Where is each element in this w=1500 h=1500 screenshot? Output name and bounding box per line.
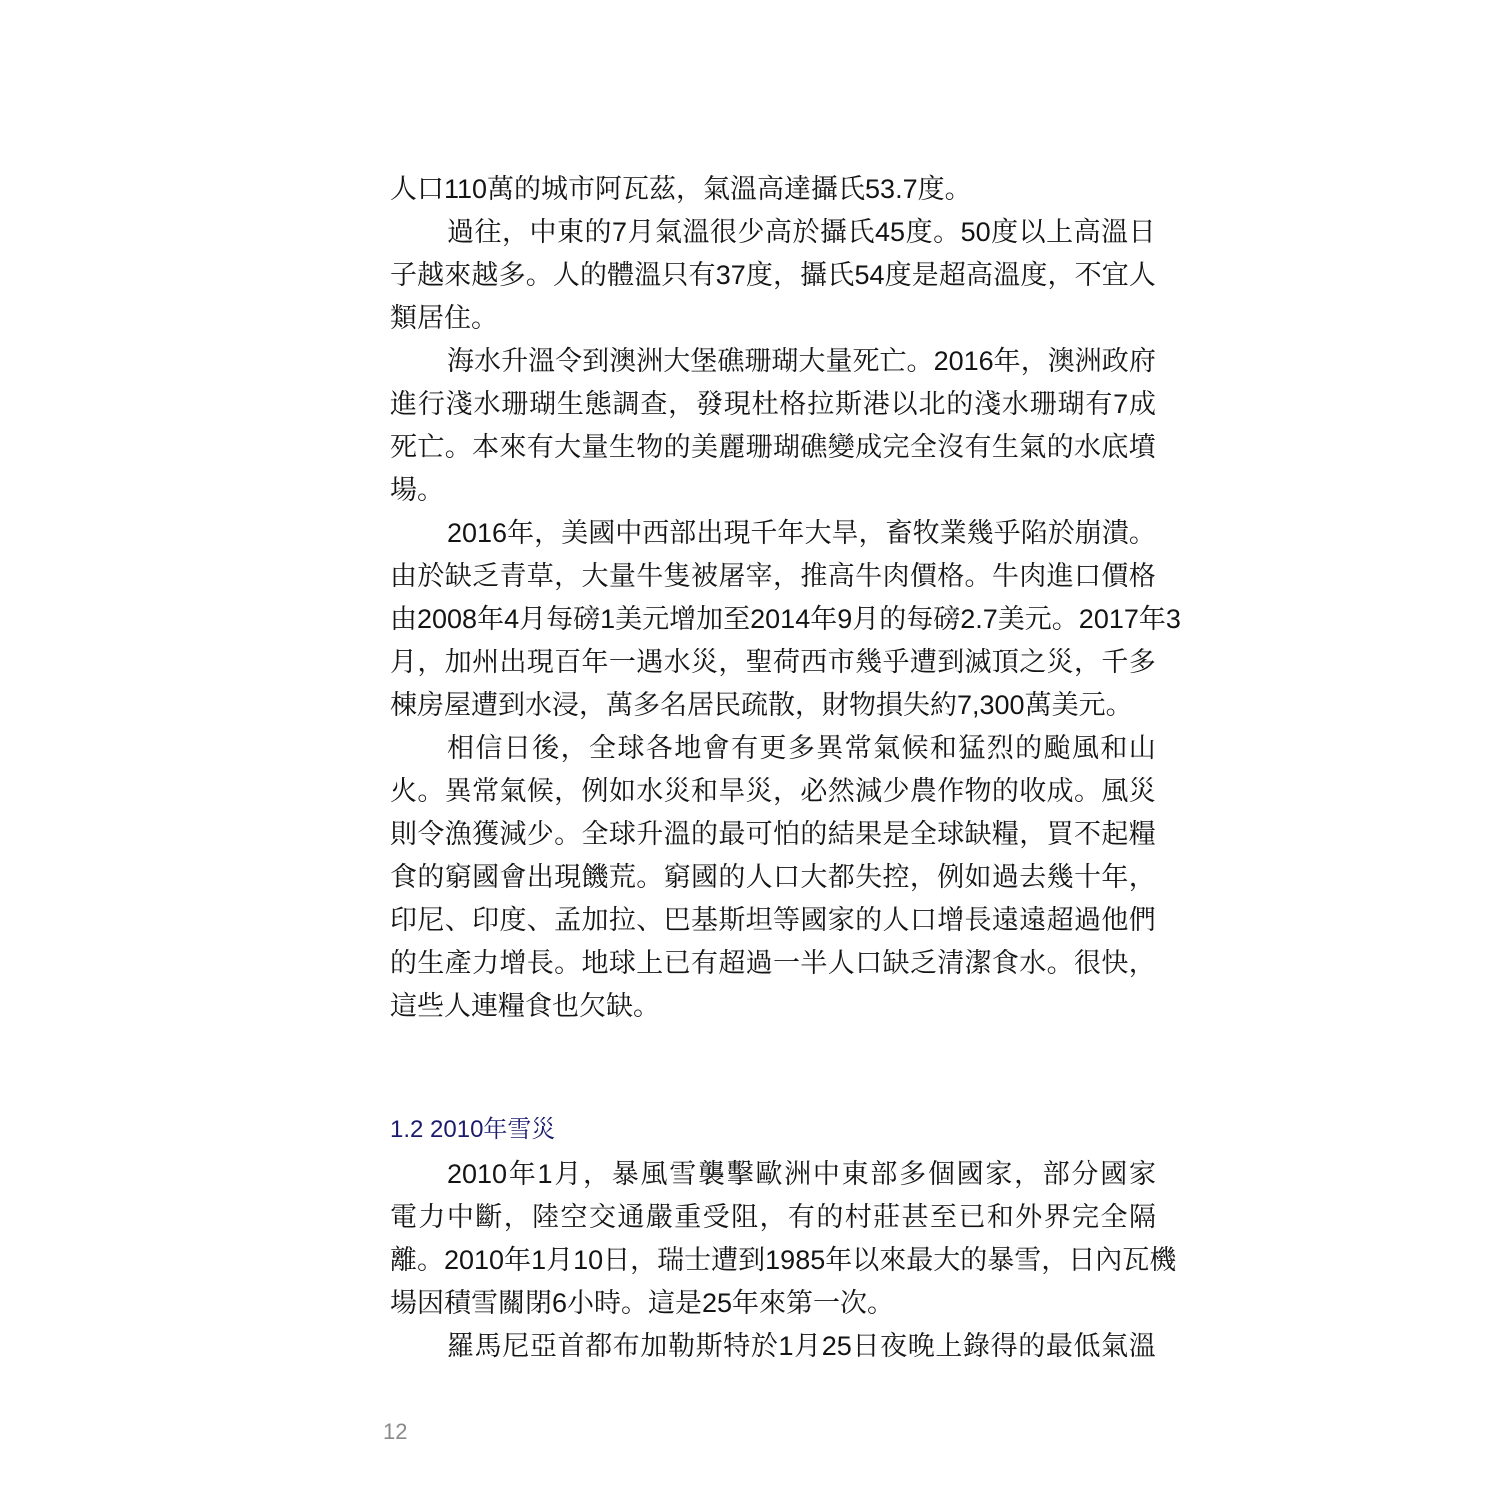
page-text: 人口110萬的城市阿瓦茲，氣溫高達攝氏53.7度。過往，中東的7月氣溫很少高於攝… — [390, 168, 1156, 1368]
section-heading: 1.2 2010年雪災 — [390, 1108, 1156, 1151]
text-line: 則令漁獲減少。全球升溫的最可怕的結果是全球缺糧，買不起糧 — [390, 813, 1156, 856]
text-line: 棟房屋遭到水浸，萬多名居民疏散，財物損失約7,300萬美元。 — [390, 684, 1156, 727]
text-line: 的生產力增長。地球上已有超過一半人口缺乏清潔食水。很快， — [390, 942, 1156, 985]
text-line: 離。2010年1月10日，瑞士遭到1985年以來最大的暴雪，日內瓦機 — [390, 1239, 1156, 1282]
text-line: 進行淺水珊瑚生態調查，發現杜格拉斯港以北的淺水珊瑚有7成 — [390, 383, 1156, 426]
text-line: 由於缺乏青草，大量牛隻被屠宰，推高牛肉價格。牛肉進口價格 — [390, 555, 1156, 598]
text-line: 過往，中東的7月氣溫很少高於攝氏45度。50度以上高溫日 — [390, 211, 1156, 254]
text-line: 2016年，美國中西部出現千年大旱，畜牧業幾乎陷於崩潰。 — [390, 512, 1156, 555]
text-line: 類居住。 — [390, 297, 1156, 340]
text-line: 電力中斷，陸空交通嚴重受阻，有的村莊甚至已和外界完全隔 — [390, 1196, 1156, 1239]
book-page: 人口110萬的城市阿瓦茲，氣溫高達攝氏53.7度。過往，中東的7月氣溫很少高於攝… — [0, 0, 1500, 1500]
text-line: 海水升溫令到澳洲大堡礁珊瑚大量死亡。2016年，澳洲政府 — [390, 340, 1156, 383]
text-line: 由2008年4月每磅1美元增加至2014年9月的每磅2.7美元。2017年3 — [390, 598, 1156, 641]
text-line: 月，加州出現百年一遇水災，聖荷西市幾乎遭到滅頂之災，千多 — [390, 641, 1156, 684]
text-line: 食的窮國會出現饑荒。窮國的人口大都失控，例如過去幾十年， — [390, 856, 1156, 899]
text-line: 這些人連糧食也欠缺。 — [390, 985, 1156, 1028]
text-line: 2010年1月，暴風雪襲擊歐洲中東部多個國家，部分國家 — [390, 1153, 1156, 1196]
text-line: 人口110萬的城市阿瓦茲，氣溫高達攝氏53.7度。 — [390, 168, 1156, 211]
text-line: 印尼、印度、孟加拉、巴基斯坦等國家的人口增長遠遠超過他們 — [390, 899, 1156, 942]
text-line: 相信日後，全球各地會有更多異常氣候和猛烈的颱風和山 — [390, 727, 1156, 770]
text-line: 場因積雪關閉6小時。這是25年來第一次。 — [390, 1282, 1156, 1325]
text-line: 子越來越多。人的體溫只有37度，攝氏54度是超高溫度，不宜人 — [390, 254, 1156, 297]
page-number: 12 — [383, 1419, 407, 1445]
text-line: 羅馬尼亞首都布加勒斯特於1月25日夜晚上錄得的最低氣溫 — [390, 1325, 1156, 1368]
text-line: 場。 — [390, 469, 1156, 512]
text-line: 死亡。本來有大量生物的美麗珊瑚礁變成完全沒有生氣的水底墳 — [390, 426, 1156, 469]
text-line: 火。異常氣候，例如水災和旱災，必然減少農作物的收成。風災 — [390, 770, 1156, 813]
